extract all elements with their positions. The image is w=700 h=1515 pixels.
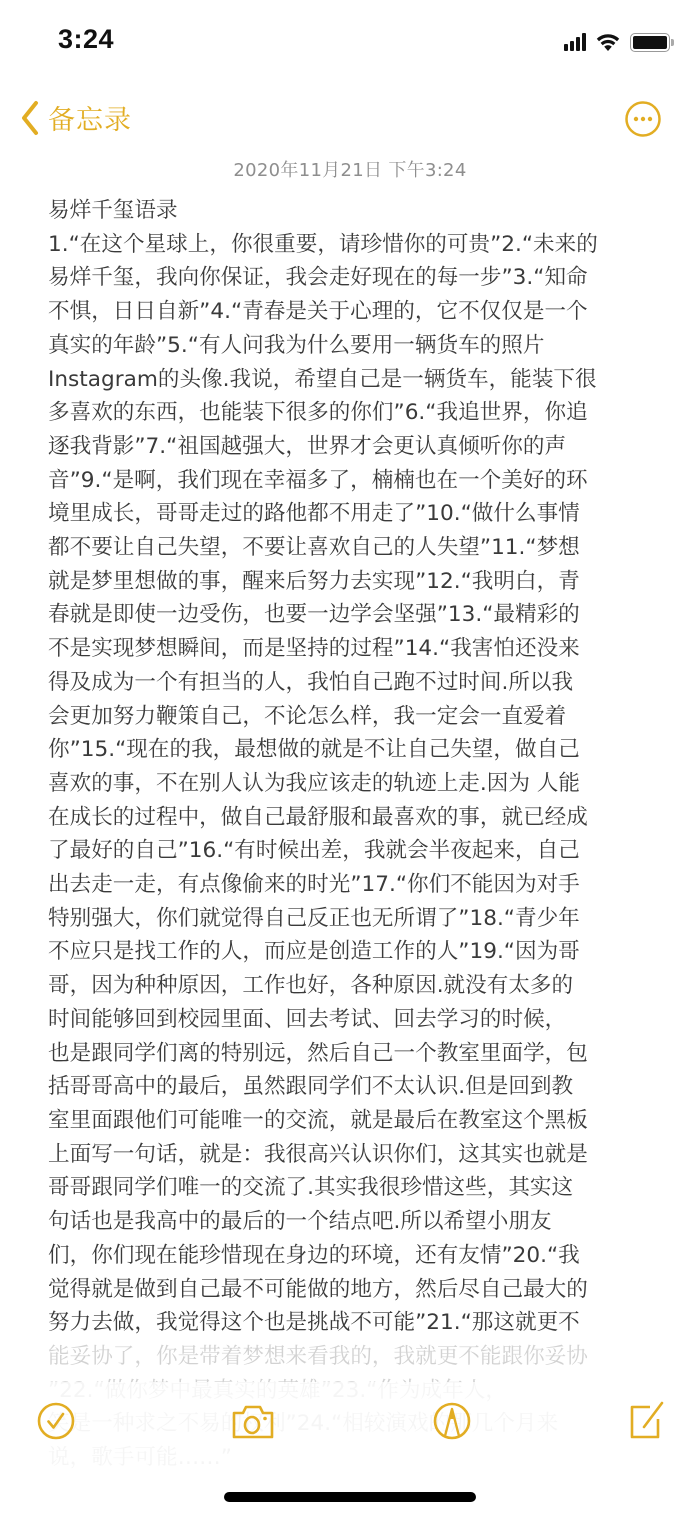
note-line: 在成长的过程中，做自己最舒服和最喜欢的事，就已经成 bbox=[48, 801, 658, 835]
note-line: 们，你们现在能珍惜现在身边的环境，还有友情”20.“我 bbox=[48, 1239, 658, 1273]
ellipsis-circle-icon bbox=[624, 100, 662, 138]
note-line: 哥，因为种种原因，工作也好，各种原因.就没有太多的 bbox=[48, 969, 658, 1003]
note-line: 1.“在这个星球上，你很重要，请珍惜你的可贵”2.“未来的 bbox=[48, 228, 658, 262]
note-line: 会更加努力鞭策自己，不论怎么样，我一定会一直爱着 bbox=[48, 700, 658, 734]
note-line: 不应只是找工作的人，而应是创造工作的人”19.“因为哥 bbox=[48, 935, 658, 969]
note-line: 哥哥跟同学们唯一的交流了.其实我很珍惜这些，其实这 bbox=[48, 1171, 658, 1205]
note-line: 觉得就是做到自己最不可能做的地方，然后尽自己最大的 bbox=[48, 1273, 658, 1307]
camera-icon bbox=[230, 1399, 276, 1443]
note-line: 不是实现梦想瞬间，而是坚持的过程”14.“我害怕还没来 bbox=[48, 632, 658, 666]
checkmark-circle-icon bbox=[34, 1399, 78, 1443]
note-line: 出去走一走，有点像偷来的时光”17.“你们不能因为对手 bbox=[48, 868, 658, 902]
checklist-button[interactable] bbox=[34, 1399, 78, 1443]
note-line: 真实的年龄”5.“有人问我为什么要用一辆货车的照片 bbox=[48, 329, 658, 363]
battery-icon bbox=[630, 33, 670, 52]
note-title: 易烊千玺语录 bbox=[48, 194, 658, 228]
status-bar: 3:24 bbox=[0, 0, 700, 84]
note-line: 不惧，日日自新”4.“青春是关于心理的，它不仅仅是一个 bbox=[48, 295, 658, 329]
home-indicator[interactable] bbox=[224, 1492, 476, 1502]
pen-tip-circle-icon bbox=[430, 1399, 474, 1443]
markup-button[interactable] bbox=[430, 1399, 474, 1443]
status-time: 3:24 bbox=[58, 24, 114, 55]
note-line: 你”15.“现在的我，最想做的就是不让自己失望，做自己 bbox=[48, 733, 658, 767]
note-line: 得及成为一个有担当的人，我怕自己跑不过时间.所以我 bbox=[48, 666, 658, 700]
note-line: Instagram的头像.我说，希望自己是一辆货车，能装下很 bbox=[48, 363, 658, 397]
more-button[interactable] bbox=[624, 100, 662, 138]
note-line-faded: 能妥协了，你是带着梦想来看我的，我就更不能跟你妥协 bbox=[48, 1340, 658, 1374]
note-line: 也是跟同学们离的特别远，然后自己一个教室里面学，包 bbox=[48, 1037, 658, 1071]
wifi-icon bbox=[595, 32, 621, 52]
note-line: 喜欢的事，不在别人认为我应该走的轨迹上走.因为 人能 bbox=[48, 767, 658, 801]
signal-icon bbox=[564, 33, 586, 51]
back-button[interactable]: 备忘录 bbox=[20, 98, 132, 137]
note-line: 努力去做，我觉得这个也是挑战不可能”21.“那这就更不 bbox=[48, 1306, 658, 1340]
note-line: 就是梦里想做的事，醒来后努力去实现”12.“我明白，青 bbox=[48, 565, 658, 599]
note-line: 春就是即使一边受伤，也要一边学会坚强”13.“最精彩的 bbox=[48, 598, 658, 632]
note-line: 句话也是我高中的最后的一个结点吧.所以希望小朋友 bbox=[48, 1205, 658, 1239]
note-line: 上面写一句话，就是：我很高兴认识你们，这其实也就是 bbox=[48, 1138, 658, 1172]
note-line: 易烊千玺，我向你保证，我会走好现在的每一步”3.“知命 bbox=[48, 261, 658, 295]
back-label: 备忘录 bbox=[48, 98, 132, 137]
note-line: 都不要让自己失望，不要让喜欢自己的人失望”11.“梦想 bbox=[48, 531, 658, 565]
status-icons bbox=[564, 30, 670, 54]
note-line: 室里面跟他们可能唯一的交流，就是最后在教室这个黑板 bbox=[48, 1104, 658, 1138]
note-line: 逐我背影”7.“祖国越强大，世界才会更认真倾听你的声 bbox=[48, 430, 658, 464]
note-line: 了最好的自己”16.“有时候出差，我就会半夜起来，自己 bbox=[48, 834, 658, 868]
note-line: 音”9.“是啊，我们现在幸福多了，楠楠也在一个美好的环 bbox=[48, 464, 658, 498]
compose-button[interactable] bbox=[626, 1399, 670, 1443]
note-body[interactable]: 易烊千玺语录 1.“在这个星球上，你很重要，请珍惜你的可贵”2.“未来的 易烊千… bbox=[48, 194, 658, 1475]
compose-icon bbox=[626, 1399, 670, 1443]
bottom-toolbar bbox=[0, 1395, 700, 1455]
note-line: 时间能够回到校园里面、回去考试、回去学习的时候， bbox=[48, 1003, 658, 1037]
camera-button[interactable] bbox=[230, 1399, 276, 1443]
note-line: 括哥哥高中的最后，虽然跟同学们不太认识.但是回到教 bbox=[48, 1070, 658, 1104]
chevron-left-icon bbox=[20, 100, 40, 136]
nav-bar: 备忘录 bbox=[0, 90, 700, 150]
note-date: 2020年11月21日 下午3:24 bbox=[0, 156, 700, 182]
note-line: 特别强大，你们就觉得自己反正也无所谓了”18.“青少年 bbox=[48, 902, 658, 936]
note-line: 多喜欢的东西，也能装下很多的你们”6.“我追世界，你追 bbox=[48, 396, 658, 430]
note-line: 境里成长，哥哥走过的路他都不用走了”10.“做什么事情 bbox=[48, 497, 658, 531]
